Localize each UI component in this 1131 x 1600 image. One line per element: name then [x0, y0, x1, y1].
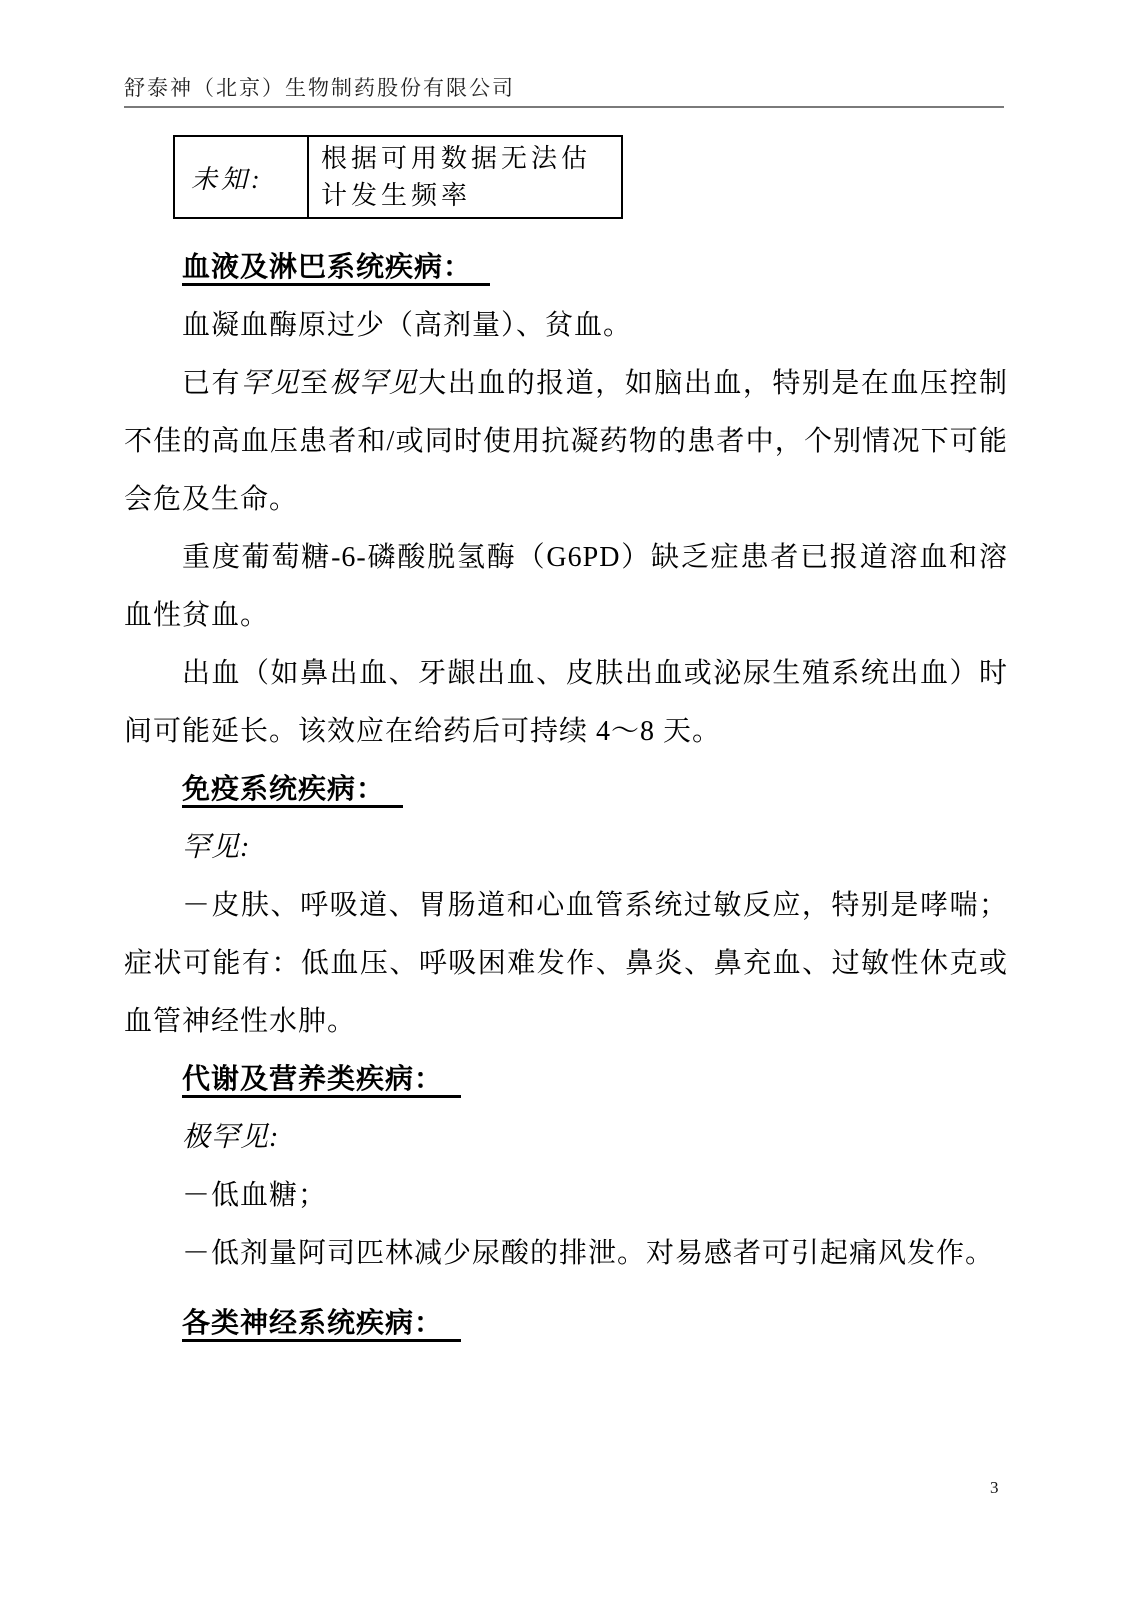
frequency-term-cell: 未知: [174, 136, 308, 218]
section-heading-blood-lymphatic-text: 血液及淋巴系统疾病： [182, 252, 490, 286]
page-number: 3 [990, 1478, 999, 1498]
frequency-label-rare: 罕见: [124, 819, 1008, 877]
paragraph-major-bleeding: 已有罕见至极罕见大出血的报道，如脑出血，特别是在血压控制不佳的高血压患者和/或同… [124, 355, 1008, 529]
frequency-label-very-rare: 极罕见: [124, 1109, 1008, 1167]
frequency-term-very-rare: 极罕见 [330, 368, 419, 399]
header-rule [124, 106, 1004, 108]
section-heading-nervous-text: 各类神经系统疾病： [182, 1308, 461, 1342]
paragraph-g6pd: 重度葡萄糖-6-磷酸脱氢酶（G6PD）缺乏症患者已报道溶血和溶血性贫血。 [124, 529, 1008, 645]
paragraph-major-bleeding-run2: 至 [300, 368, 330, 399]
paragraph-hypersensitivity: －皮肤、呼吸道、胃肠道和心血管系统过敏反应，特别是哮喘；症状可能有：低血压、呼吸… [124, 877, 1008, 1051]
section-heading-immune: 免疫系统疾病： [124, 761, 1008, 819]
frequency-definition-cell: 根据可用数据无法估计发生频率 [308, 136, 622, 218]
paragraph-hypoprothrombinemia: 血凝血酶原过少（高剂量）、贫血。 [124, 297, 1008, 355]
section-heading-metabolic-text: 代谢及营养类疾病： [182, 1064, 461, 1098]
company-header: 舒泰神（北京）生物制药股份有限公司 [124, 72, 515, 102]
section-heading-metabolic: 代谢及营养类疾病： [124, 1051, 1008, 1109]
frequency-table: 未知: 根据可用数据无法估计发生频率 [173, 135, 623, 219]
section-heading-blood-lymphatic: 血液及淋巴系统疾病： [124, 239, 1008, 297]
paragraph-hypoglycemia: －低血糖； [124, 1167, 1008, 1225]
paragraph-major-bleeding-run1: 已有 [182, 368, 241, 399]
section-heading-immune-text: 免疫系统疾病： [182, 774, 403, 808]
document-page: 舒泰神（北京）生物制药股份有限公司 未知: 根据可用数据无法估计发生频率 血液及… [0, 0, 1131, 1600]
paragraph-bleeding-duration: 出血（如鼻出血、牙龈出血、皮肤出血或泌尿生殖系统出血）时间可能延长。该效应在给药… [124, 645, 1008, 761]
frequency-term-rare: 罕见 [241, 368, 300, 399]
document-body: 血液及淋巴系统疾病： 血凝血酶原过少（高剂量）、贫血。 已有罕见至极罕见大出血的… [124, 239, 1008, 1353]
paragraph-uric-acid: －低剂量阿司匹林减少尿酸的排泄。对易感者可引起痛风发作。 [124, 1225, 1008, 1283]
section-heading-nervous: 各类神经系统疾病： [124, 1295, 1008, 1353]
frequency-table-row: 未知: 根据可用数据无法估计发生频率 [174, 136, 622, 218]
